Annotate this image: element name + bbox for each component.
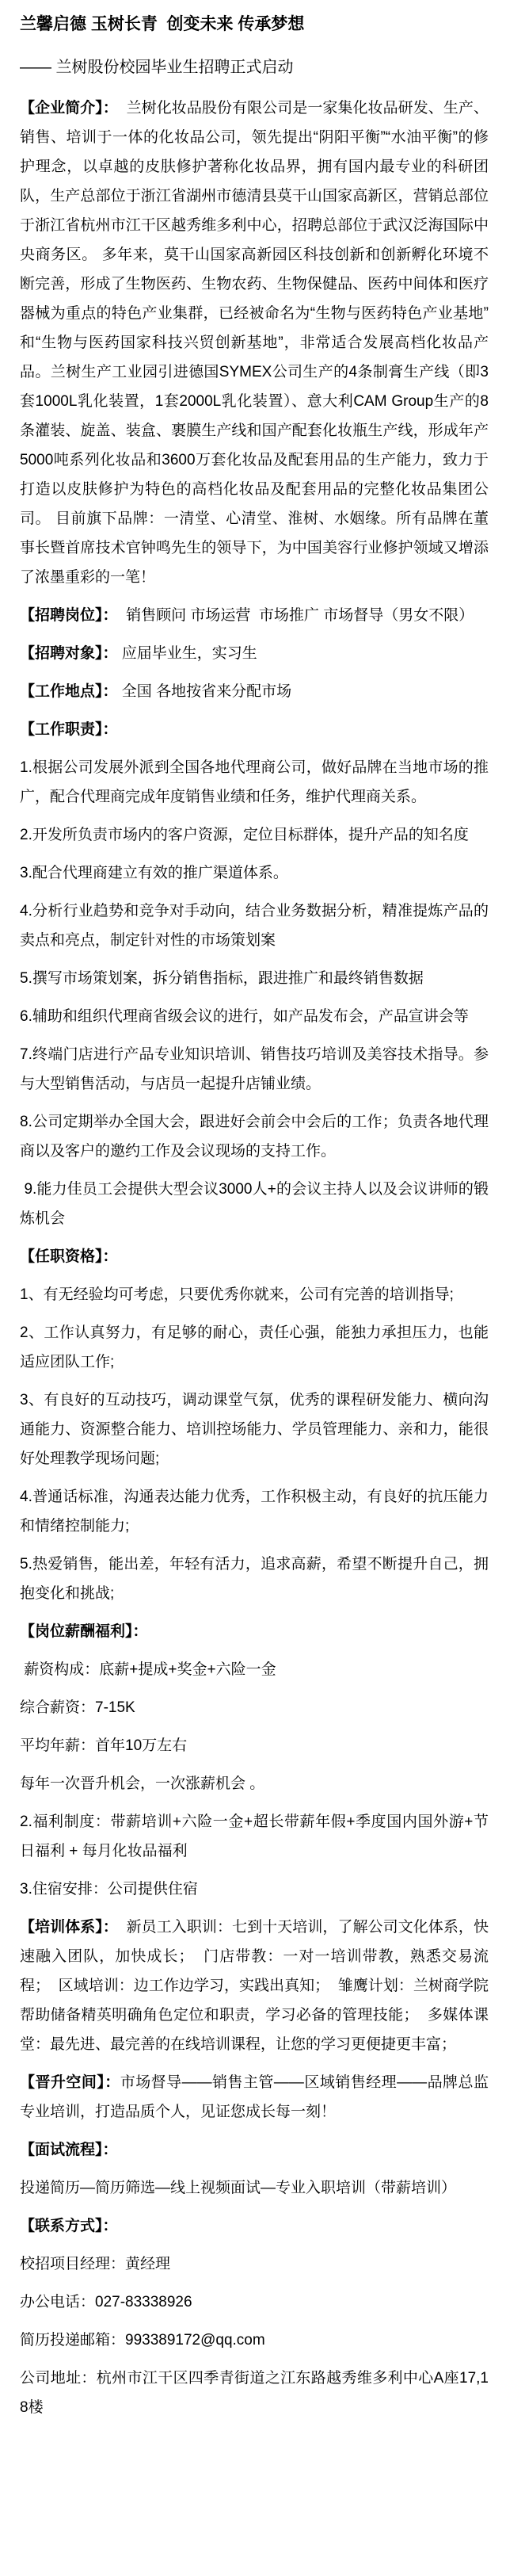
section-label: 【招聘岗位】： <box>20 607 118 624</box>
paragraph: 5.撰写市场策划案，拆分销售指标，跟进推广和最终销售数据 <box>20 964 489 993</box>
page-title: 兰馨启德 玉树长青 创变未来 传承梦想 <box>20 13 489 36</box>
paragraph: 5.热爱销售，能出差，年轻有活力，追求高薪，希望不断提升自己，拥抱变化和挑战; <box>20 1550 489 1608</box>
paragraph-text: 8.公司定期举办全国大会，跟进好会前会中会后的工作；负责各地代理商以及客户的邀约… <box>20 1114 489 1160</box>
paragraph-text: 应届毕业生，实习生 <box>118 645 257 662</box>
paragraph: 【联系方式】： <box>20 2211 489 2241</box>
paragraph-text: 3.配合代理商建立有效的推广渠道体系。 <box>20 865 288 881</box>
paragraph: 【任职资格】： <box>20 1242 489 1271</box>
paragraph: 【岗位薪酬福利】： <box>20 1617 489 1646</box>
paragraph-text: 兰树化妆品股份有限公司是一家集化妆品研发、生产、销售、培训于一体的化妆品公司，领… <box>20 100 489 586</box>
paragraph-text: 1、有无经验均可考虑，只要优秀你就来，公司有完善的培训指导; <box>20 1286 454 1303</box>
paragraph-text: 薪资构成：底薪+提成+奖金+六险一金 <box>20 1661 276 1678</box>
paragraph: 4.分析行业趋势和竞争对手动向，结合业务数据分析，精准提炼产品的卖点和亮点，制定… <box>20 896 489 955</box>
paragraph: 综合薪资：7-15K <box>20 1693 489 1722</box>
paragraph-text: 校招项目经理：黄经理 <box>20 2256 170 2272</box>
paragraph: 【面试流程】： <box>20 2135 489 2165</box>
paragraph-text: 全国 各地按省来分配市场 <box>118 683 292 700</box>
section-label: 【联系方式】： <box>20 2218 118 2234</box>
paragraph: 2.开发所负责市场内的客户资源，定位目标群体，提升产品的知名度 <box>20 820 489 850</box>
paragraph: 每年一次晋升机会，一次涨薪机会 。 <box>20 1769 489 1798</box>
paragraph-text: 2.福利制度：带薪培训+六险一金+超长带薪年假+季度国内国外游+节日福利 + 每… <box>20 1814 489 1859</box>
paragraph: 3.配合代理商建立有效的推广渠道体系。 <box>20 858 489 888</box>
paragraph: 【工作职责】： <box>20 715 489 744</box>
paragraph: 投递简历—简历筛选—线上视频面试—专业入职培训（带薪培训） <box>20 2173 489 2203</box>
paragraph-text: 7.终端门店进行产品专业知识培训、销售技巧培训及美容技术指导。参与大型销售活动，… <box>20 1046 489 1092</box>
paragraph: 简历投递邮箱：993389172@qq.com <box>20 2326 489 2355</box>
paragraph: 6.辅助和组织代理商省级会议的进行，如产品发布会，产品宣讲会等 <box>20 1002 489 1031</box>
paragraph-text: 1.根据公司发展外派到全国各地代理商公司，做好品牌在当地市场的推广，配合代理商完… <box>20 759 489 805</box>
paragraph: 公司地址：杭州市江干区四季青街道之江东路越秀维多利中心A座17,18楼 <box>20 2364 489 2422</box>
paragraph: 【晋升空间】：市场督导——销售主管——区域销售经理——品牌总监 专业培训，打造品… <box>20 2068 489 2127</box>
paragraph-text: 2、工作认真努力，有足够的耐心，责任心强，能独力承担压力，也能适应团队工作; <box>20 1324 489 1370</box>
paragraph: 1.根据公司发展外派到全国各地代理商公司，做好品牌在当地市场的推广，配合代理商完… <box>20 753 489 812</box>
paragraph-text: 平均年薪：首年10万左右 <box>20 1737 187 1754</box>
paragraph-text: 综合薪资：7-15K <box>20 1699 135 1716</box>
paragraph-text: 办公电话：027-83338926 <box>20 2294 192 2310</box>
paragraph: 【培训体系】： 新员工入职训：七到十天培训，了解公司文化体系，快速融入团队，加快… <box>20 1913 489 2059</box>
section-label: 【任职资格】： <box>20 1248 118 1265</box>
paragraph-text: 2.开发所负责市场内的客户资源，定位目标群体，提升产品的知名度 <box>20 827 469 843</box>
paragraph-text: 5.撰写市场策划案，拆分销售指标，跟进推广和最终销售数据 <box>20 970 424 987</box>
paragraph: 2、工作认真努力，有足够的耐心，责任心强，能独力承担压力，也能适应团队工作; <box>20 1318 489 1377</box>
paragraph: 8.公司定期举办全国大会，跟进好会前会中会后的工作；负责各地代理商以及客户的邀约… <box>20 1107 489 1166</box>
paragraph: 平均年薪：首年10万左右 <box>20 1731 489 1760</box>
paragraph: 9.能力佳员工会提供大型会议3000人+的会议主持人以及会议讲师的锻炼机会 <box>20 1175 489 1233</box>
paragraph: 3.住宿安排：公司提供住宿 <box>20 1875 489 1904</box>
paragraph-text: 4.分析行业趋势和竞争对手动向，结合业务数据分析，精准提炼产品的卖点和亮点，制定… <box>20 903 489 949</box>
section-label: 【企业简介】： <box>20 100 118 117</box>
paragraph-text: 3.住宿安排：公司提供住宿 <box>20 1881 198 1898</box>
section-label: 【招聘对象】： <box>20 645 118 662</box>
section-label: 【工作职责】： <box>20 721 118 738</box>
paragraph: 办公电话：027-83338926 <box>20 2287 489 2317</box>
section-label: 【工作地点】： <box>20 683 118 700</box>
paragraph-text: 简历投递邮箱：993389172@qq.com <box>20 2332 265 2349</box>
paragraph: 【企业简介】： 兰树化妆品股份有限公司是一家集化妆品研发、生产、销售、培训于一体… <box>20 94 489 592</box>
paragraph-text: 新员工入职训：七到十天培训，了解公司文化体系，快速融入团队，加快成长； 门店带教… <box>20 1919 489 2053</box>
paragraph: 7.终端门店进行产品专业知识培训、销售技巧培训及美容技术指导。参与大型销售活动，… <box>20 1040 489 1099</box>
paragraph: 1、有无经验均可考虑，只要优秀你就来，公司有完善的培训指导; <box>20 1280 489 1309</box>
paragraph-text: 4.普通话标准，沟通表达能力优秀，工作积极主动，有良好的抗压能力和情绪控制能力; <box>20 1489 489 1535</box>
paragraph-text: 5.热爱销售，能出差，年轻有活力，追求高薪，希望不断提升自己，拥抱变化和挑战; <box>20 1556 489 1602</box>
paragraph: 【工作地点】： 全国 各地按省来分配市场 <box>20 677 489 706</box>
paragraph: 2.福利制度：带薪培训+六险一金+超长带薪年假+季度国内国外游+节日福利 + 每… <box>20 1807 489 1866</box>
paragraph-text: 销售顾问 市场运营 市场推广 市场督导（男女不限） <box>118 607 474 624</box>
section-label: 【培训体系】： <box>20 1919 118 1936</box>
paragraph: 【招聘岗位】： 销售顾问 市场运营 市场推广 市场督导（男女不限） <box>20 601 489 630</box>
section-label: 【晋升空间】： <box>20 2074 120 2091</box>
paragraph: 3、有良好的互动技巧，调动课堂气氛，优秀的课程研发能力、横向沟通能力、资源整合能… <box>20 1385 489 1473</box>
page-subtitle: —— 兰树股份校园毕业生招聘正式启动 <box>20 55 489 79</box>
document-body: 【企业简介】： 兰树化妆品股份有限公司是一家集化妆品研发、生产、销售、培训于一体… <box>20 94 489 2422</box>
paragraph: 校招项目经理：黄经理 <box>20 2249 489 2279</box>
paragraph-text: 投递简历—简历筛选—线上视频面试—专业入职培训（带薪培训） <box>20 2180 456 2196</box>
paragraph-text: 9.能力佳员工会提供大型会议3000人+的会议主持人以及会议讲师的锻炼机会 <box>20 1181 489 1227</box>
paragraph: 4.普通话标准，沟通表达能力优秀，工作积极主动，有良好的抗压能力和情绪控制能力; <box>20 1482 489 1541</box>
paragraph-text: 6.辅助和组织代理商省级会议的进行，如产品发布会，产品宣讲会等 <box>20 1008 469 1025</box>
section-label: 【面试流程】： <box>20 2142 118 2158</box>
paragraph: 【招聘对象】： 应届毕业生，实习生 <box>20 639 489 668</box>
paragraph-text: 3、有良好的互动技巧，调动课堂气氛，优秀的课程研发能力、横向沟通能力、资源整合能… <box>20 1392 489 1467</box>
paragraph-text: 每年一次晋升机会，一次涨薪机会 。 <box>20 1775 264 1792</box>
paragraph-text: 公司地址：杭州市江干区四季青街道之江东路越秀维多利中心A座17,18楼 <box>20 2370 489 2416</box>
paragraph: 薪资构成：底薪+提成+奖金+六险一金 <box>20 1655 489 1684</box>
recruitment-document: 兰馨启德 玉树长青 创变未来 传承梦想 —— 兰树股份校园毕业生招聘正式启动 【… <box>0 0 506 2502</box>
section-label: 【岗位薪酬福利】： <box>20 1623 148 1640</box>
